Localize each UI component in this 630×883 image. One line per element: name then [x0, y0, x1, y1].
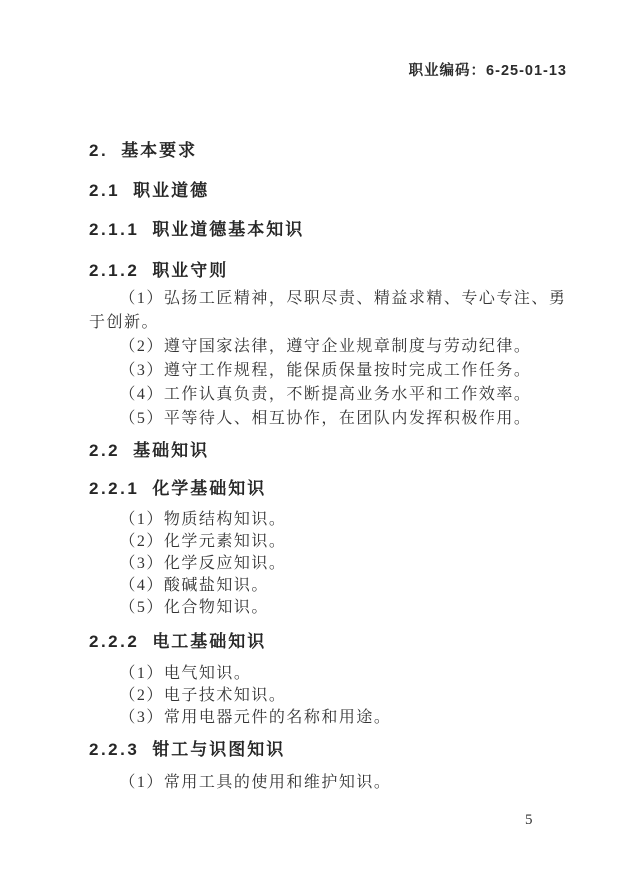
clause-item: （4）工作认真负责，不断提高业务水平和工作效率。 — [89, 383, 578, 407]
occupation-code: 职业编码：6-25-01-13 — [0, 59, 567, 80]
document-page: 职业编码：6-25-01-13 2. 基本要求 2.1 职业道德 2.1.1 职… — [0, 0, 630, 883]
clause-item: （3）遵守工作规程，能保质保量按时完成工作任务。 — [89, 359, 578, 383]
subsection-number: 2.2.1 — [89, 479, 139, 499]
clause-item: （3）化学反应知识。 — [89, 553, 578, 575]
subsection-number: 2.1.2 — [89, 261, 139, 281]
subsection-number: 2.1.1 — [89, 220, 139, 240]
subsection-number: 2.2.3 — [89, 740, 139, 760]
clause-list-professional-code: （1）弘扬工匠精神，尽职尽责、精益求精、专心专注、勇于创新。 （2）遵守国家法律… — [89, 287, 578, 431]
clause-list-fitter-drawing-knowledge: （1）常用工具的使用和维护知识。 — [89, 772, 578, 794]
section-title: 基础知识 — [133, 436, 209, 461]
chapter-title: 基本要求 — [121, 136, 197, 161]
subsection-heading-electrical-basics: 2.2.2 电工基础知识 — [89, 627, 266, 652]
clause-item: （1）常用工具的使用和维护知识。 — [89, 772, 578, 794]
clause-item: （2）电子技术知识。 — [89, 685, 578, 707]
clause-item: （1）物质结构知识。 — [89, 509, 578, 531]
subsection-heading-professional-code: 2.1.2 职业守则 — [89, 256, 228, 281]
subsection-title: 化学基础知识 — [152, 474, 266, 499]
clause-item: （5）平等待人、相互协作，在团队内发挥积极作用。 — [89, 407, 578, 431]
subsection-heading-ethics-basic-knowledge: 2.1.1 职业道德基本知识 — [89, 215, 304, 240]
page-number: 5 — [525, 812, 533, 829]
clause-list-electrical-basics: （1）电气知识。 （2）电子技术知识。 （3）常用电器元件的名称和用途。 — [89, 663, 578, 729]
clause-item: （2）遵守国家法律，遵守企业规章制度与劳动纪律。 — [89, 335, 578, 359]
subsection-number: 2.2.2 — [89, 632, 139, 652]
section-heading-professional-ethics: 2.1 职业道德 — [89, 176, 209, 201]
subsection-heading-chemistry-basics: 2.2.1 化学基础知识 — [89, 474, 266, 499]
clause-item: （1）电气知识。 — [89, 663, 578, 685]
subsection-title: 职业守则 — [152, 256, 228, 281]
clause-item: （1）弘扬工匠精神，尽职尽责、精益求精、专心专注、勇于创新。 — [89, 287, 578, 335]
chapter-number: 2. — [89, 141, 108, 161]
subsection-title: 钳工与识图知识 — [152, 735, 285, 760]
section-number: 2.2 — [89, 441, 120, 461]
subsection-title: 电工基础知识 — [152, 627, 266, 652]
clause-item: （2）化学元素知识。 — [89, 531, 578, 553]
subsection-title: 职业道德基本知识 — [152, 215, 304, 240]
section-heading-basic-knowledge: 2.2 基础知识 — [89, 436, 209, 461]
subsection-heading-fitter-drawing-knowledge: 2.2.3 钳工与识图知识 — [89, 735, 285, 760]
section-number: 2.1 — [89, 181, 120, 201]
clause-item: （3）常用电器元件的名称和用途。 — [89, 707, 578, 729]
chapter-heading-basic-requirements: 2. 基本要求 — [89, 136, 197, 161]
clause-list-chemistry-basics: （1）物质结构知识。 （2）化学元素知识。 （3）化学反应知识。 （4）酸碱盐知… — [89, 509, 578, 619]
section-title: 职业道德 — [133, 176, 209, 201]
clause-item: （5）化合物知识。 — [89, 597, 578, 619]
clause-item: （4）酸碱盐知识。 — [89, 575, 578, 597]
